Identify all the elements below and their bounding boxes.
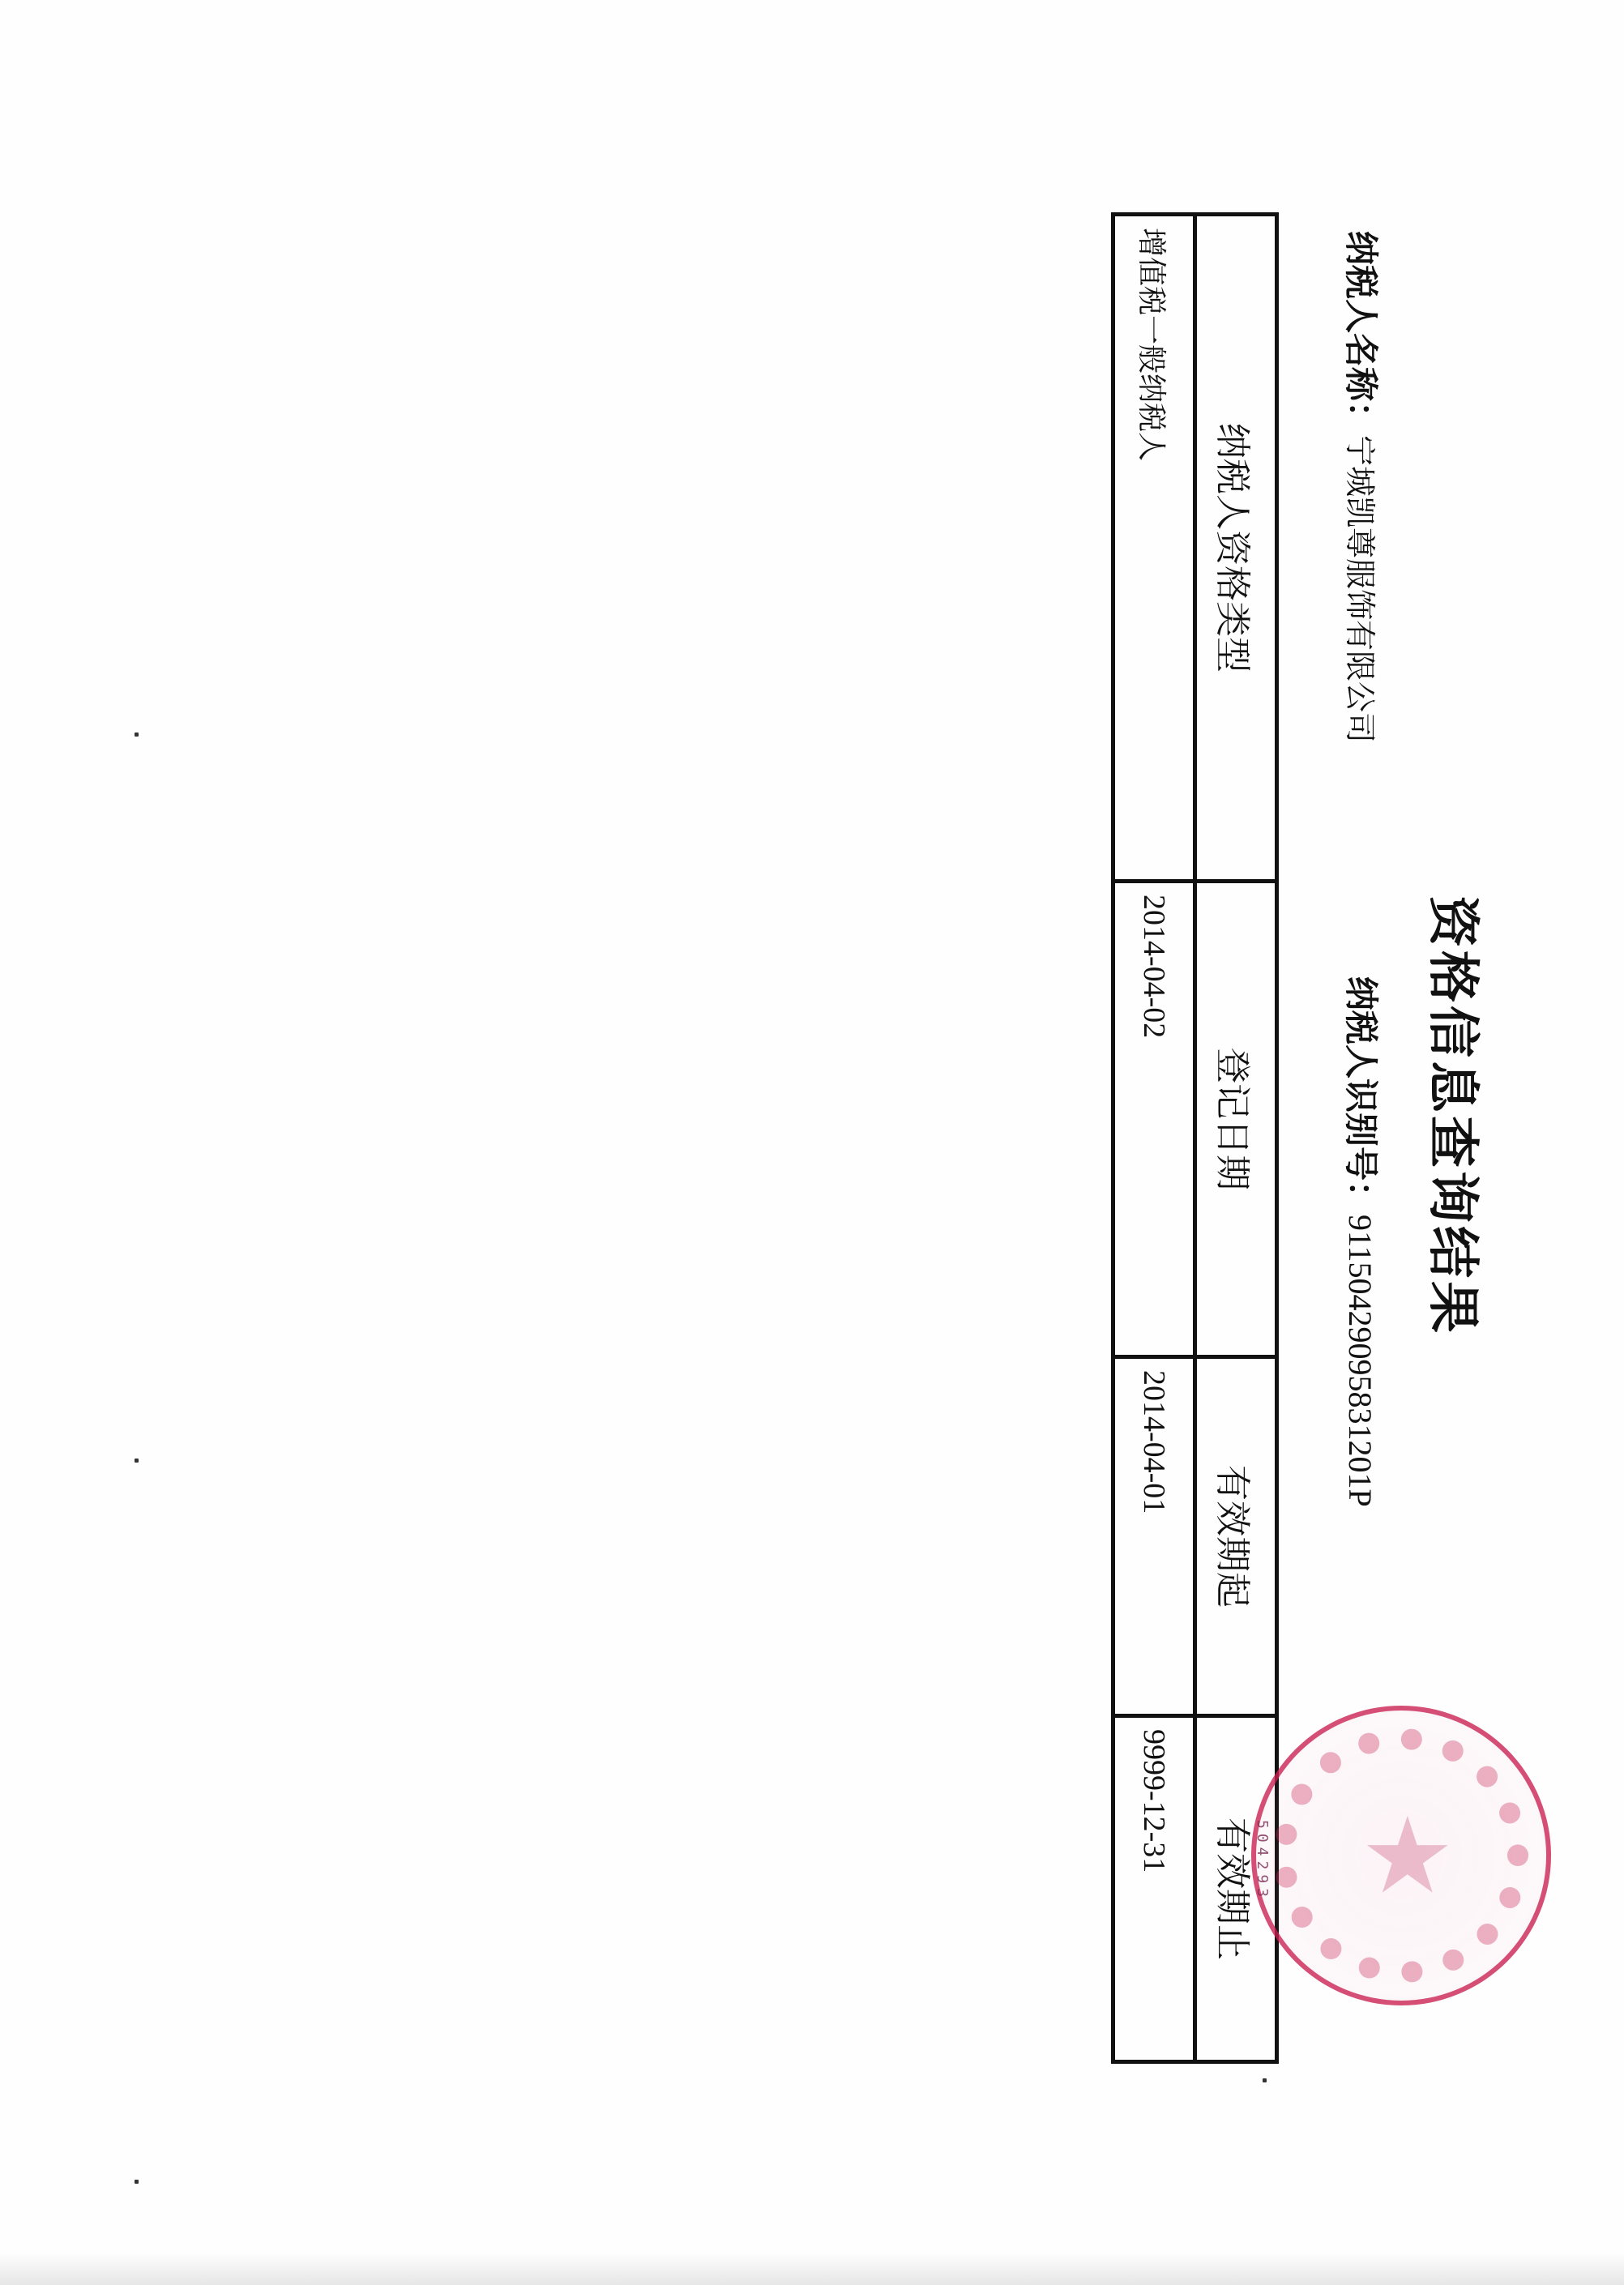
- header-valid-to: 有效期止: [1195, 1716, 1277, 2062]
- taxpayer-name-label: 纳税人名称：: [1341, 231, 1381, 435]
- taxpayer-name-line: 纳税人名称：宁城凯尊服饰有限公司: [1339, 231, 1387, 743]
- taxpayer-name-value: 宁城凯尊服饰有限公司: [1342, 435, 1378, 743]
- cell-registration-date: 2014-04-02: [1113, 882, 1195, 1357]
- qualification-table: 纳税人资格类型 登记日期 有效期起 有效期止 增值税一般纳税人 2014-04-…: [1111, 212, 1279, 2064]
- document-content: 资格信息查询结果 纳税人名称：宁城凯尊服饰有限公司 纳税人识别号：9115042…: [0, 0, 1624, 2285]
- page-title: 资格信息查询结果: [1420, 895, 1494, 1463]
- cell-valid-to: 9999-12-31: [1113, 1716, 1195, 2062]
- scanned-page: 资格信息查询结果 纳税人名称：宁城凯尊服饰有限公司 纳税人识别号：9115042…: [0, 0, 1624, 2285]
- official-seal-icon: ★ 504293: [1251, 1706, 1551, 2005]
- header-registration-date: 登记日期: [1195, 882, 1277, 1357]
- table-header-row: 纳税人资格类型 登记日期 有效期起 有效期止: [1195, 215, 1277, 2062]
- taxpayer-id-label: 纳税人识别号：: [1341, 976, 1381, 1215]
- header-valid-from: 有效期起: [1195, 1357, 1277, 1716]
- star-icon: ★: [1361, 1803, 1455, 1908]
- table-row: 增值税一般纳税人 2014-04-02 2014-04-01 9999-12-3…: [1113, 215, 1195, 2062]
- taxpayer-id-value: 91150429095831201P: [1342, 1215, 1378, 1507]
- seal-ring-text: [1274, 1728, 1528, 1983]
- cell-valid-from: 2014-04-01: [1113, 1357, 1195, 1716]
- taxpayer-id-line: 纳税人识别号：91150429095831201P: [1339, 976, 1387, 1507]
- cell-qualification-type: 增值税一般纳税人: [1113, 215, 1195, 882]
- header-qualification-type: 纳税人资格类型: [1195, 215, 1277, 882]
